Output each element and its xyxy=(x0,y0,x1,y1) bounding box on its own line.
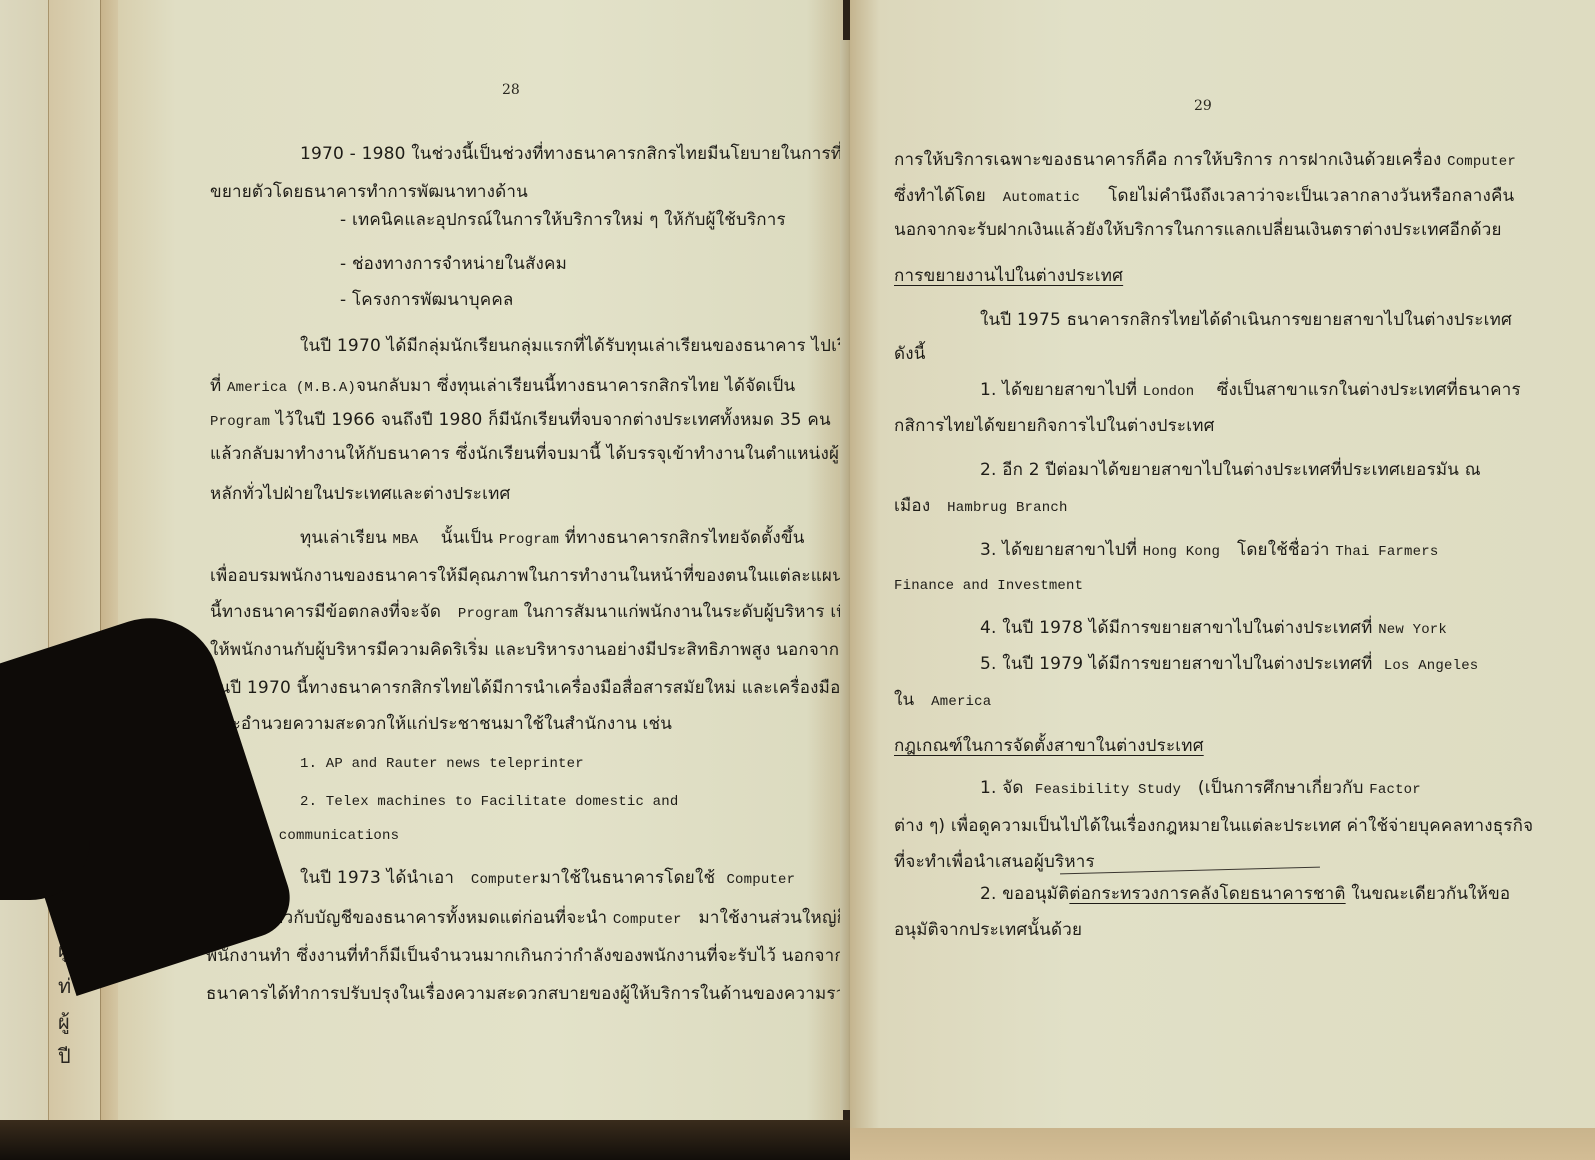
finger-shadow xyxy=(0,700,90,900)
paragraph-line: ซึ่งทำได้โดย Automatic โดยไม่คำนึงถึงเวล… xyxy=(894,184,1514,210)
branch-item: 4. ในปี 1978 ได้มีการขยายสาขาไปในต่างประ… xyxy=(980,616,1447,642)
branch-item-cont: เมือง Hambrug Branch xyxy=(894,494,1068,520)
criteria-item: 2. ขออนุมัติต่อกระทรวงการคลังโดยธนาคารชา… xyxy=(980,882,1510,906)
paragraph-line: การให้บริการเฉพาะของธนาคารก็คือ การให้บร… xyxy=(894,148,1516,174)
paragraph-line: ในปี 1970 นี้ทางธนาคารกสิกรไทยได้มีการนำ… xyxy=(210,676,885,700)
paragraph-line: ในปี 1975 ธนาคารกสิกรไทยได้ดำเนินการขยาย… xyxy=(980,308,1512,332)
book-bottom-shadow xyxy=(0,1120,850,1160)
paragraph-line: แล้วกลับมาทำงานให้กับธนาคาร ซึ่งนักเรียน… xyxy=(210,442,890,466)
bullet-item: - เทคนิคและอุปกรณ์ในการให้บริการใหม่ ๆ ใ… xyxy=(340,208,786,232)
paragraph-line: หลักทั่วไปฝ่ายในประเทศและต่างประเทศ xyxy=(210,482,511,506)
branch-item-cont: ใน America xyxy=(894,688,991,714)
paragraph-line: นี้ทางธนาคารมีข้อตกลงที่จะจัด Program ใน… xyxy=(210,600,858,626)
bullet-item: - ช่องทางการจำหน่ายในสังคม xyxy=(340,252,567,276)
page-bottom-edge xyxy=(850,1128,1595,1160)
paragraph-line: ธนาคารได้ทำการปรับปรุงในเรื่องความสะดวกส… xyxy=(206,982,882,1006)
branch-item: 3. ได้ขยายสาขาไปที่ Hong Kong โดยใช้ชื่อ… xyxy=(980,538,1438,564)
numbered-item: 1. AP and Rauter news teleprinter xyxy=(300,752,584,776)
branch-item-cont: กสิการไทยได้ขยายกิจการไปในต่างประเทศ xyxy=(894,414,1215,438)
criteria-item-cont: ต่าง ๆ) เพื่อดูความเป็นไปได้ในเรื่องกฎหม… xyxy=(894,814,1533,838)
paragraph-line: ขยายตัวโดยธนาคารทำการพัฒนาทางด้าน xyxy=(210,180,528,204)
paragraph-line: ดังนี้ xyxy=(894,342,926,366)
paragraph-line: ที่จะอำนวยความสะดวกให้แก่ประชาชนมาใช้ในส… xyxy=(210,712,672,736)
branch-item: 1. ได้ขยายสาขาไปที่ London ซึ่งเป็นสาขาแ… xyxy=(980,378,1521,404)
paragraph-line: นอกจากจะรับฝากเงินแล้วยังให้บริการในการแ… xyxy=(894,218,1502,242)
margin-glyph: ผู้ xyxy=(58,1006,70,1038)
pen-underline xyxy=(1060,867,1320,875)
paragraph-line: พนักงานทำ ซึ่งงานที่ทำก็มีเป็นจำนวนมากเก… xyxy=(206,944,898,968)
branch-item: 5. ในปี 1979 ได้มีการขยายสาขาไปในต่างประ… xyxy=(980,652,1478,678)
paragraph-line: ทำงานเกี่ยวกับบัญชีของธนาคารทั้งหมดแต่ก่… xyxy=(206,906,867,932)
right-page: 29 การให้บริการเฉพาะของธนาคารก็คือ การให… xyxy=(850,0,1595,1145)
criteria-item-cont: ที่จะทำเพื่อนำเสนอผู้บริหาร xyxy=(894,850,1095,874)
criteria-item-cont: อนุมัติจากประเทศนั้นด้วย xyxy=(894,918,1082,942)
paragraph-line: ที่ America (M.B.A)จนกลับมา ซึ่งทุนเล่าเ… xyxy=(210,374,795,400)
page-number: 28 xyxy=(502,82,520,98)
section-heading: กฎเกณฑ์ในการจัดตั้งสาขาในต่างประเทศ xyxy=(894,734,1204,758)
section-heading: การขยายงานไปในต่างประเทศ xyxy=(894,264,1123,288)
paragraph-line: เพื่ออบรมพนักงานของธนาคารให้มีคุณภาพในกา… xyxy=(210,564,909,588)
paragraph-line: 1970 - 1980 ในช่วงนี้เป็นช่วงที่ทางธนาคา… xyxy=(300,142,862,166)
bullet-item: - โครงการพัฒนาบุคคล xyxy=(340,288,514,312)
paragraph-line: ให้พนักงานกับผู้บริหารมีความคิดริเริ่ม แ… xyxy=(210,638,894,662)
paragraph-line: ในปี 1973 ได้นำเอา Computerมาใช้ในธนาคาร… xyxy=(300,866,795,892)
margin-glyph: ปี xyxy=(58,1040,71,1072)
branch-item-cont: Finance and Investment xyxy=(894,574,1083,598)
paragraph-line: Program ไว้ในปี 1966 จนถึงปี 1980 ก็มีนั… xyxy=(210,408,831,434)
paragraph-line: ในปี 1970 ได้มีกลุ่มนักเรียนกลุ่มแรกที่ไ… xyxy=(300,334,868,358)
paragraph-line: ทุนเล่าเรียน MBA นั้นเป็น Program ที่ทาง… xyxy=(300,526,805,552)
page-number: 29 xyxy=(1194,98,1212,114)
numbered-item: 2. Telex machines to Facilitate domestic… xyxy=(300,790,678,814)
left-page: 28 1970 - 1980 ในช่วงนี้เป็นช่วงที่ทางธน… xyxy=(118,0,843,1145)
branch-item: 2. อีก 2 ปีต่อมาได้ขยายสาขาไปในต่างประเท… xyxy=(980,458,1481,482)
criteria-item: 1. จัด Feasibility Study (เป็นการศึกษาเก… xyxy=(980,776,1421,802)
